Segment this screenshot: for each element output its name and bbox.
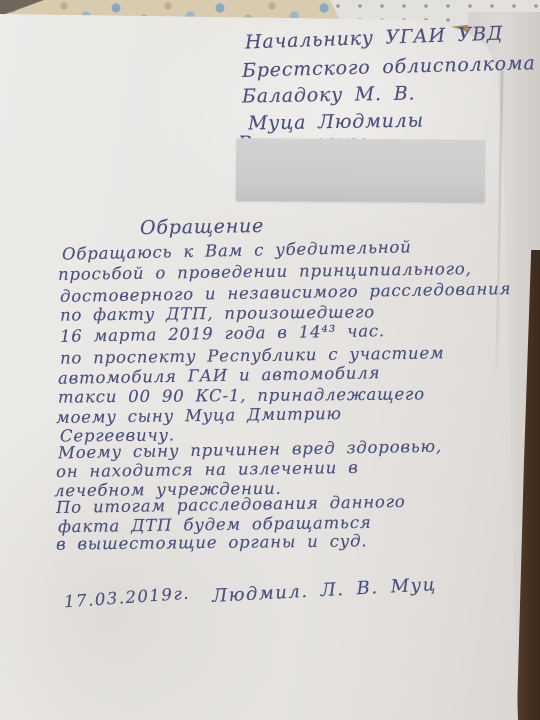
body-line: в вышестоящие органы и суд.	[56, 531, 368, 553]
photo-of-handwritten-letter: Начальнику УГАИ УВД Брестского облисполк…	[0, 0, 540, 720]
recipient-line: Баладоку М. В.	[242, 82, 416, 107]
body-line: моему сыну Муца Дмитрию	[56, 404, 342, 427]
body-line: такси 00 90 КС-1, принадлежащего	[58, 384, 425, 406]
redaction-box	[236, 138, 485, 203]
letter-title: Обращение	[140, 215, 264, 239]
